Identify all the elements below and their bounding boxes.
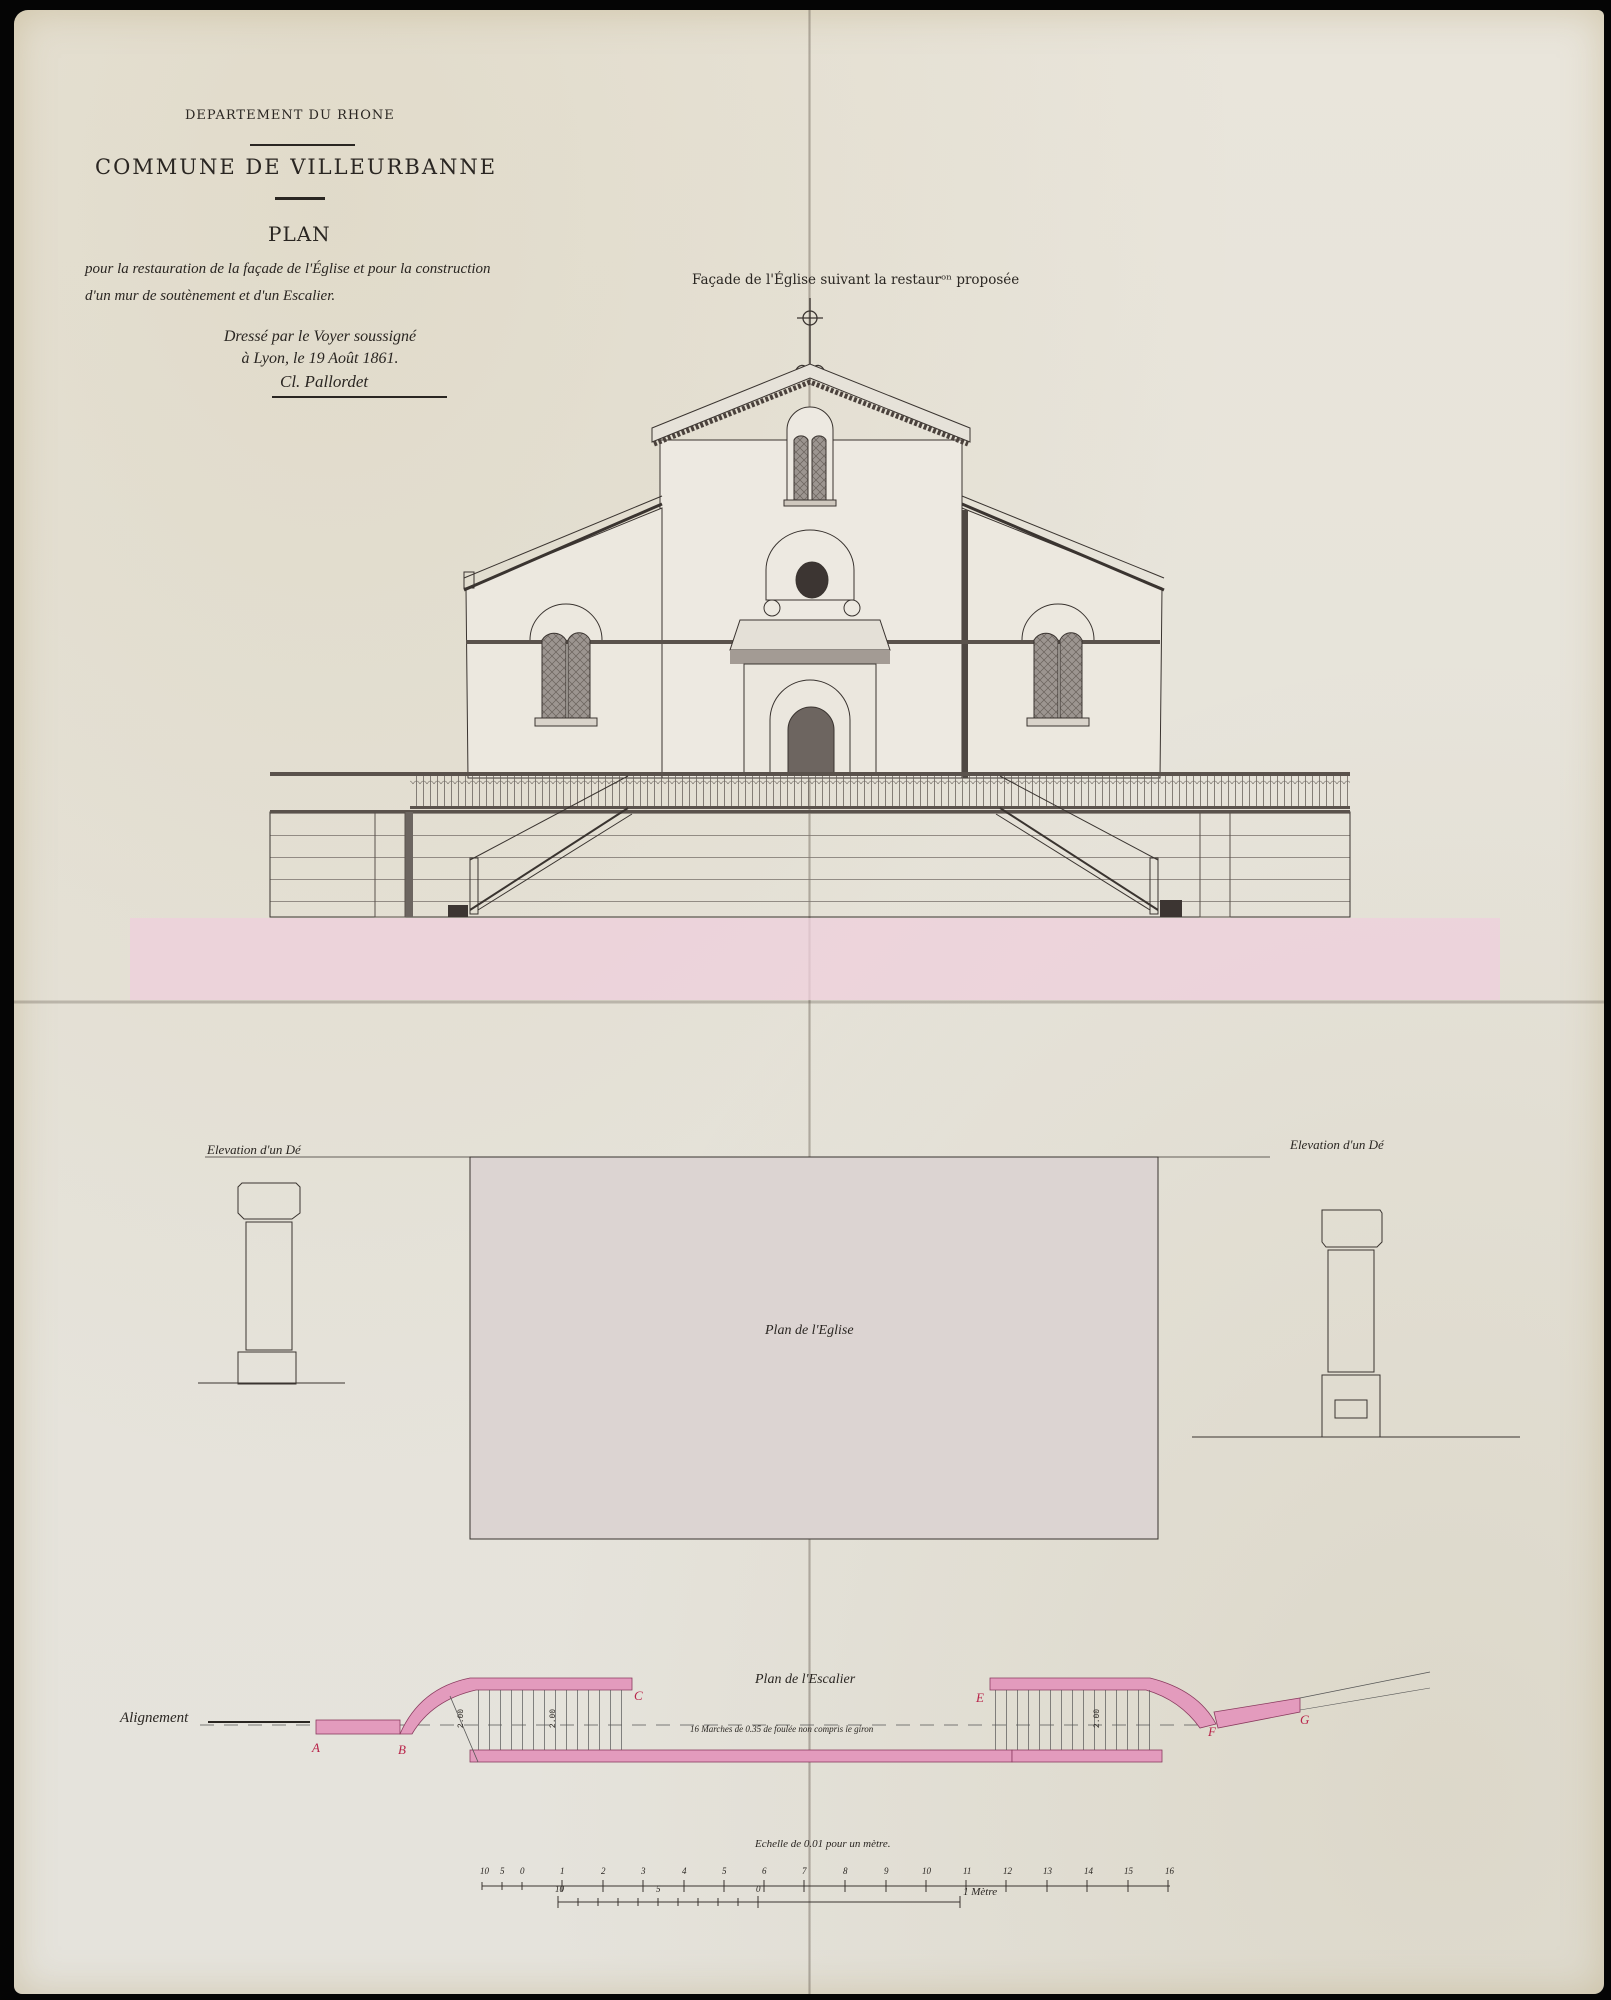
dim-label-1: 2.00 xyxy=(457,1709,466,1728)
church-plan-rect xyxy=(470,1157,1158,1539)
point-label-b: B xyxy=(398,1742,406,1758)
graphic-scale xyxy=(482,1880,1170,1908)
right-pier-label: Elevation d'un Dé xyxy=(1290,1137,1384,1153)
point-label-e: E xyxy=(976,1690,984,1706)
scale-title: Echelle de 0.01 pour un mètre. xyxy=(755,1838,891,1850)
point-label-a: A xyxy=(312,1740,320,1756)
right-pier-elevation xyxy=(1192,1210,1520,1437)
church-plan-label: Plan de l'Eglise xyxy=(765,1323,854,1339)
steps-note: 16 Marches de 0.35 de foulée non compris… xyxy=(690,1724,873,1734)
point-label-f: F xyxy=(1208,1724,1216,1740)
point-label-g: G xyxy=(1300,1712,1309,1728)
point-label-c: C xyxy=(634,1688,643,1704)
dim-label-2: 2.00 xyxy=(549,1709,558,1728)
ground-wash xyxy=(130,918,1500,1000)
church-facade-elevation xyxy=(270,364,1350,917)
stair-plan-title: Plan de l'Escalier xyxy=(755,1672,855,1688)
dim-label-3: 2.00 xyxy=(1093,1709,1102,1728)
architectural-drawing xyxy=(0,0,1611,2000)
left-pier-elevation xyxy=(198,1183,345,1384)
left-pier-label: Elevation d'un Dé xyxy=(207,1142,301,1158)
cross-finial-icon xyxy=(795,298,825,375)
alignment-label: Alignement xyxy=(120,1710,188,1727)
